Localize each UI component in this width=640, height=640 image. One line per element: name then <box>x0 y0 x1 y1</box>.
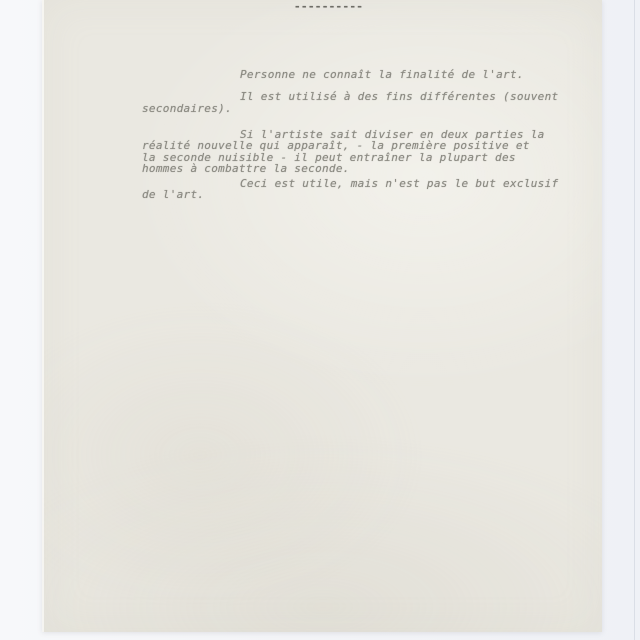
typewritten-line: Ceci est utile, mais n'est pas le but ex… <box>240 178 558 190</box>
document-page: ---------- Personne ne connaît la finali… <box>42 0 602 632</box>
typewritten-line: secondaires). <box>142 103 232 115</box>
typewritten-line: de l'art. <box>142 189 204 201</box>
backdrop-edge-line <box>634 0 635 640</box>
typewritten-line: Personne ne connaît la finalité de l'art… <box>240 69 524 81</box>
divider-dashes: ---------- <box>294 1 363 13</box>
typewritten-line: hommes à combattre la seconde. <box>142 163 350 175</box>
typewritten-line: Il est utilisé à des fins différentes (s… <box>240 91 558 103</box>
typewritten-line: réalité nouvelle qui apparaît, - la prem… <box>142 140 530 152</box>
photo-backdrop: ---------- Personne ne connaît la finali… <box>0 0 640 640</box>
